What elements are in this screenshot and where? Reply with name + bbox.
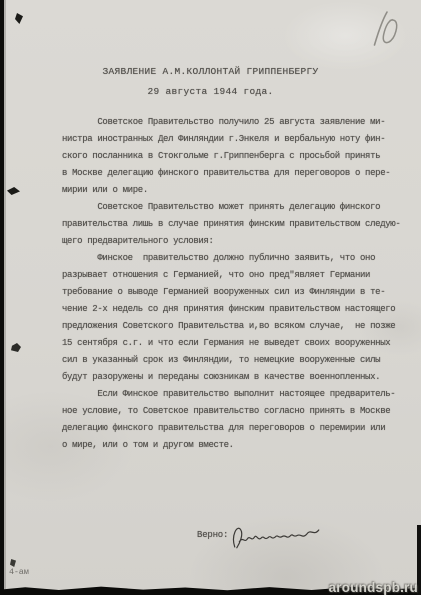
handwritten-page-number	[367, 6, 404, 55]
archive-footer-code: 4-ам	[9, 567, 29, 577]
ink-blot-mark	[11, 343, 21, 352]
document-body: Советское Правительство получило 25 авгу…	[62, 114, 407, 454]
scanned-document-page: ЗАЯВЛЕНИЕ А.М.КОЛЛОНТАЙ ГРИППЕНБЕРГУ 29 …	[0, 0, 421, 595]
signature-handwriting	[227, 515, 325, 556]
paragraph-2: Советское Правительство может принять де…	[62, 199, 407, 250]
document-title: ЗАЯВЛЕНИЕ А.М.КОЛЛОНТАЙ ГРИППЕНБЕРГУ	[0, 66, 421, 77]
certification-label: Верно:	[197, 530, 228, 540]
document-date: 29 августа 1944 года.	[0, 86, 421, 97]
paragraph-4: Если Финское правительство выполнит наст…	[62, 386, 407, 454]
ink-blot-mark	[7, 187, 20, 195]
ink-blot-mark	[15, 13, 23, 24]
paragraph-1: Советское Правительство получило 25 авгу…	[62, 114, 407, 199]
ink-blot-mark	[10, 559, 16, 567]
paragraph-3: Финское правительство должно публично за…	[62, 250, 407, 386]
site-watermark: aroundspb.ru	[329, 580, 418, 595]
